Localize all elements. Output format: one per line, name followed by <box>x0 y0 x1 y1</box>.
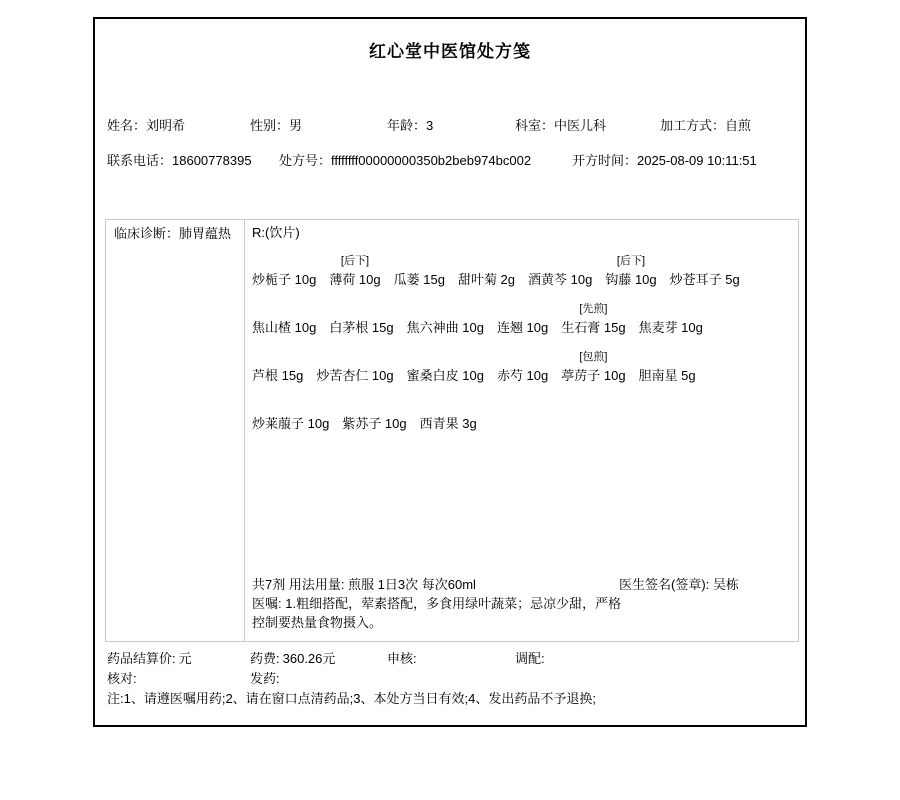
field-medicine-fee: 药费:360.26元 <box>250 650 335 667</box>
field-label: 开方时间： <box>572 153 637 168</box>
decoction-method-tag <box>418 253 421 270</box>
field-label: 联系电话： <box>107 153 172 168</box>
medicine-item: [先煎]生石膏 15g <box>561 301 625 338</box>
field-label: 调配: <box>515 651 545 666</box>
decoction-method-tag: [后下] <box>617 253 645 270</box>
decoction-method-tag: [包煎] <box>579 349 607 366</box>
field-value: 中医儿科 <box>554 118 606 133</box>
rx-cell: R:(饮片) 炒栀子 10g[后下]薄荷 10g 瓜蒌 15g 甜叶菊 2g 酒… <box>245 220 798 641</box>
medicine-item: [后下]钩藤 10g <box>605 253 656 290</box>
medicine-name-qty: 薄荷 10g <box>329 270 380 290</box>
field-issue-time: 开方时间：2025-08-09 10:11:51 <box>572 152 757 169</box>
field-processing-method: 加工方式：自煎 <box>660 117 751 134</box>
field-value: 18600778395 <box>172 153 252 168</box>
medicine-item: 西青果 3g <box>420 397 477 434</box>
field-label: 科室： <box>515 118 554 133</box>
dosage-usage-text: 共7剂 用法用量: 煎服 1日3次 每次60ml <box>252 577 476 592</box>
field-label: 药费: <box>250 651 280 666</box>
field-label: 年龄： <box>387 118 426 133</box>
medicine-item: 紫苏子 10g <box>342 397 406 434</box>
decoction-method-tag <box>669 301 672 318</box>
doctor-advice-line: 控制要热量食物摄入。 <box>252 613 793 632</box>
field-value: 3 <box>426 118 433 133</box>
field-phone: 联系电话：18600778395 <box>107 152 252 169</box>
medicine-item: 甜叶菊 2g <box>458 253 515 290</box>
field-review: 申核: <box>387 650 420 667</box>
medicine-row: 焦山楂 10g 白茅根 15g 焦六神曲 10g 连翘 10g[先煎]生石膏 1… <box>252 301 792 338</box>
field-dispense-prep: 调配: <box>515 650 548 667</box>
medicine-name-qty: 焦六神曲 10g <box>407 318 484 338</box>
medicine-item: 焦山楂 10g <box>252 301 316 338</box>
doctor-advice-line: 医嘱: 1.粗细搭配，荤素搭配，多食用绿叶蔬菜；忌凉少甜，严格 <box>252 594 793 613</box>
field-dispense: 发药: <box>250 670 283 687</box>
field-value: 男 <box>289 118 302 133</box>
prescription-sheet: 红心堂中医馆处方笺 姓名：刘明希 性别：男 年龄：3 科室：中医儿科 加工方式：… <box>93 17 807 727</box>
decoction-method-tag <box>353 349 356 366</box>
medicine-name-qty: 蜜桑白皮 10g <box>407 366 484 386</box>
diagnosis-value: 肺胃蕴热 <box>179 226 231 241</box>
medicine-name-qty: 瓜蒌 15g <box>394 270 445 290</box>
field-label: 药品结算价: <box>107 651 176 666</box>
decoction-method-tag <box>283 253 286 270</box>
medicine-name-qty: 焦山楂 10g <box>252 318 316 338</box>
medicine-name-qty: 芦根 15g <box>252 366 303 386</box>
field-rx-number: 处方号：ffffffff00000000350b2beb974bc002 <box>279 152 531 169</box>
field-value: ffffffff00000000350b2beb974bc002 <box>331 153 531 168</box>
field-value: 360.26元 <box>283 651 336 666</box>
medicine-name-qty: 紫苏子 10g <box>342 414 406 434</box>
medicine-name-qty: 钩藤 10g <box>605 270 656 290</box>
decoction-method-tag <box>444 301 447 318</box>
medicine-item: 炒栀子 10g <box>252 253 316 290</box>
decoction-method-tag <box>521 301 524 318</box>
decoction-method-tag <box>485 253 488 270</box>
medicine-name-qty: 甜叶菊 2g <box>458 270 515 290</box>
diagnosis-cell: 临床诊断：肺胃蕴热 <box>106 220 245 641</box>
field-check: 核对: <box>107 670 140 687</box>
medicine-name-qty: 炒栀子 10g <box>252 270 316 290</box>
decoction-method-tag <box>373 397 376 414</box>
decoction-method-tag <box>559 253 562 270</box>
decoction-method-tag <box>447 397 450 414</box>
field-label: 核对: <box>107 671 137 686</box>
medicine-item: 炒苦杏仁 10g <box>316 349 393 386</box>
decoction-method-tag <box>444 349 447 366</box>
medicine-name-qty: 葶苈子 10g <box>561 366 625 386</box>
medicine-row: 炒莱菔子 10g 紫苏子 10g 西青果 3g <box>252 397 792 434</box>
field-label: 性别： <box>250 118 289 133</box>
medicine-item: 焦六神曲 10g <box>407 301 484 338</box>
field-label: 姓名： <box>107 118 146 133</box>
medicine-name-qty: 白茅根 15g <box>329 318 393 338</box>
medicine-item: [包煎]葶苈子 10g <box>561 349 625 386</box>
medicine-item: 炒莱菔子 10g <box>252 397 329 434</box>
medicine-item: 白茅根 15g <box>329 301 393 338</box>
decoction-method-tag <box>666 349 669 366</box>
field-value: 自煎 <box>725 118 751 133</box>
decoction-method-tag <box>289 397 292 414</box>
medicine-name-qty: 连翘 10g <box>497 318 548 338</box>
medicine-item: 蜜桑白皮 10g <box>407 349 484 386</box>
decoction-method-tag <box>703 253 706 270</box>
medicine-row: 炒栀子 10g[后下]薄荷 10g 瓜蒌 15g 甜叶菊 2g 酒黄芩 10g[… <box>252 253 792 290</box>
rx-bottom-block: 共7剂 用法用量: 煎服 1日3次 每次60ml 医生签名(签章): 吴栋 医嘱… <box>252 575 793 632</box>
decoction-method-tag <box>276 349 279 366</box>
field-label: 处方号： <box>279 153 331 168</box>
decoction-method-tag <box>521 349 524 366</box>
field-value: 元 <box>179 651 192 666</box>
field-label: 加工方式： <box>660 118 725 133</box>
field-value: 2025-08-09 10:11:51 <box>637 153 757 168</box>
field-age: 年龄：3 <box>387 117 433 134</box>
field-label: 申核: <box>387 651 417 666</box>
medicine-name-qty: 酒黄芩 10g <box>528 270 592 290</box>
field-settlement-price: 药品结算价:元 <box>107 650 192 667</box>
decoction-method-tag <box>283 301 286 318</box>
diagnosis-label: 临床诊断： <box>114 226 179 241</box>
field-department: 科室：中医儿科 <box>515 117 606 134</box>
medicine-item: 连翘 10g <box>497 301 548 338</box>
medicine-name-qty: 焦麦芽 10g <box>639 318 703 338</box>
field-gender: 性别：男 <box>250 117 302 134</box>
field-value: 刘明希 <box>146 118 185 133</box>
medicine-name-qty: 炒苦杏仁 10g <box>316 366 393 386</box>
medicine-name-qty: 西青果 3g <box>420 414 477 434</box>
page-title: 红心堂中医馆处方笺 <box>95 37 805 62</box>
medicine-name-qty: 生石膏 15g <box>561 318 625 338</box>
doctor-signature: 医生签名(签章): 吴栋 <box>619 575 739 594</box>
medicine-item: 焦麦芽 10g <box>639 301 703 338</box>
medicine-item: 赤芍 10g <box>497 349 548 386</box>
medicine-name-qty: 炒莱菔子 10g <box>252 414 329 434</box>
decoction-method-tag <box>360 301 363 318</box>
footer-note: 注:1、请遵医嘱用药;2、请在窗口点清药品;3、本处方当日有效;4、发出药品不予… <box>107 690 596 707</box>
medicine-item: 炒苍耳子 5g <box>670 253 740 290</box>
field-patient-name: 姓名：刘明希 <box>107 117 185 134</box>
field-label: 发药: <box>250 671 280 686</box>
prescription-page: 红心堂中医馆处方笺 姓名：刘明希 性别：男 年龄：3 科室：中医儿科 加工方式：… <box>0 0 900 800</box>
medicine-item: 芦根 15g <box>252 349 303 386</box>
prescription-body: 临床诊断：肺胃蕴热 R:(饮片) 炒栀子 10g[后下]薄荷 10g 瓜蒌 15… <box>105 219 799 642</box>
medicine-item: 酒黄芩 10g <box>528 253 592 290</box>
medicine-name-qty: 赤芍 10g <box>497 366 548 386</box>
rx-type-label: R:(饮片) <box>252 224 792 242</box>
medicine-rows: 炒栀子 10g[后下]薄荷 10g 瓜蒌 15g 甜叶菊 2g 酒黄芩 10g[… <box>252 253 792 434</box>
medicine-item: 胆南星 5g <box>639 349 696 386</box>
medicine-item: 瓜蒌 15g <box>394 253 445 290</box>
medicine-row: 芦根 15g 炒苦杏仁 10g 蜜桑白皮 10g 赤芍 10g[包煎]葶苈子 1… <box>252 349 792 386</box>
medicine-name-qty: 炒苍耳子 5g <box>670 270 740 290</box>
medicine-name-qty: 胆南星 5g <box>639 366 696 386</box>
medicine-item: [后下]薄荷 10g <box>329 253 380 290</box>
decoction-method-tag: [后下] <box>341 253 369 270</box>
decoction-method-tag: [先煎] <box>579 301 607 318</box>
dosage-usage-line: 共7剂 用法用量: 煎服 1日3次 每次60ml 医生签名(签章): 吴栋 <box>252 575 793 594</box>
